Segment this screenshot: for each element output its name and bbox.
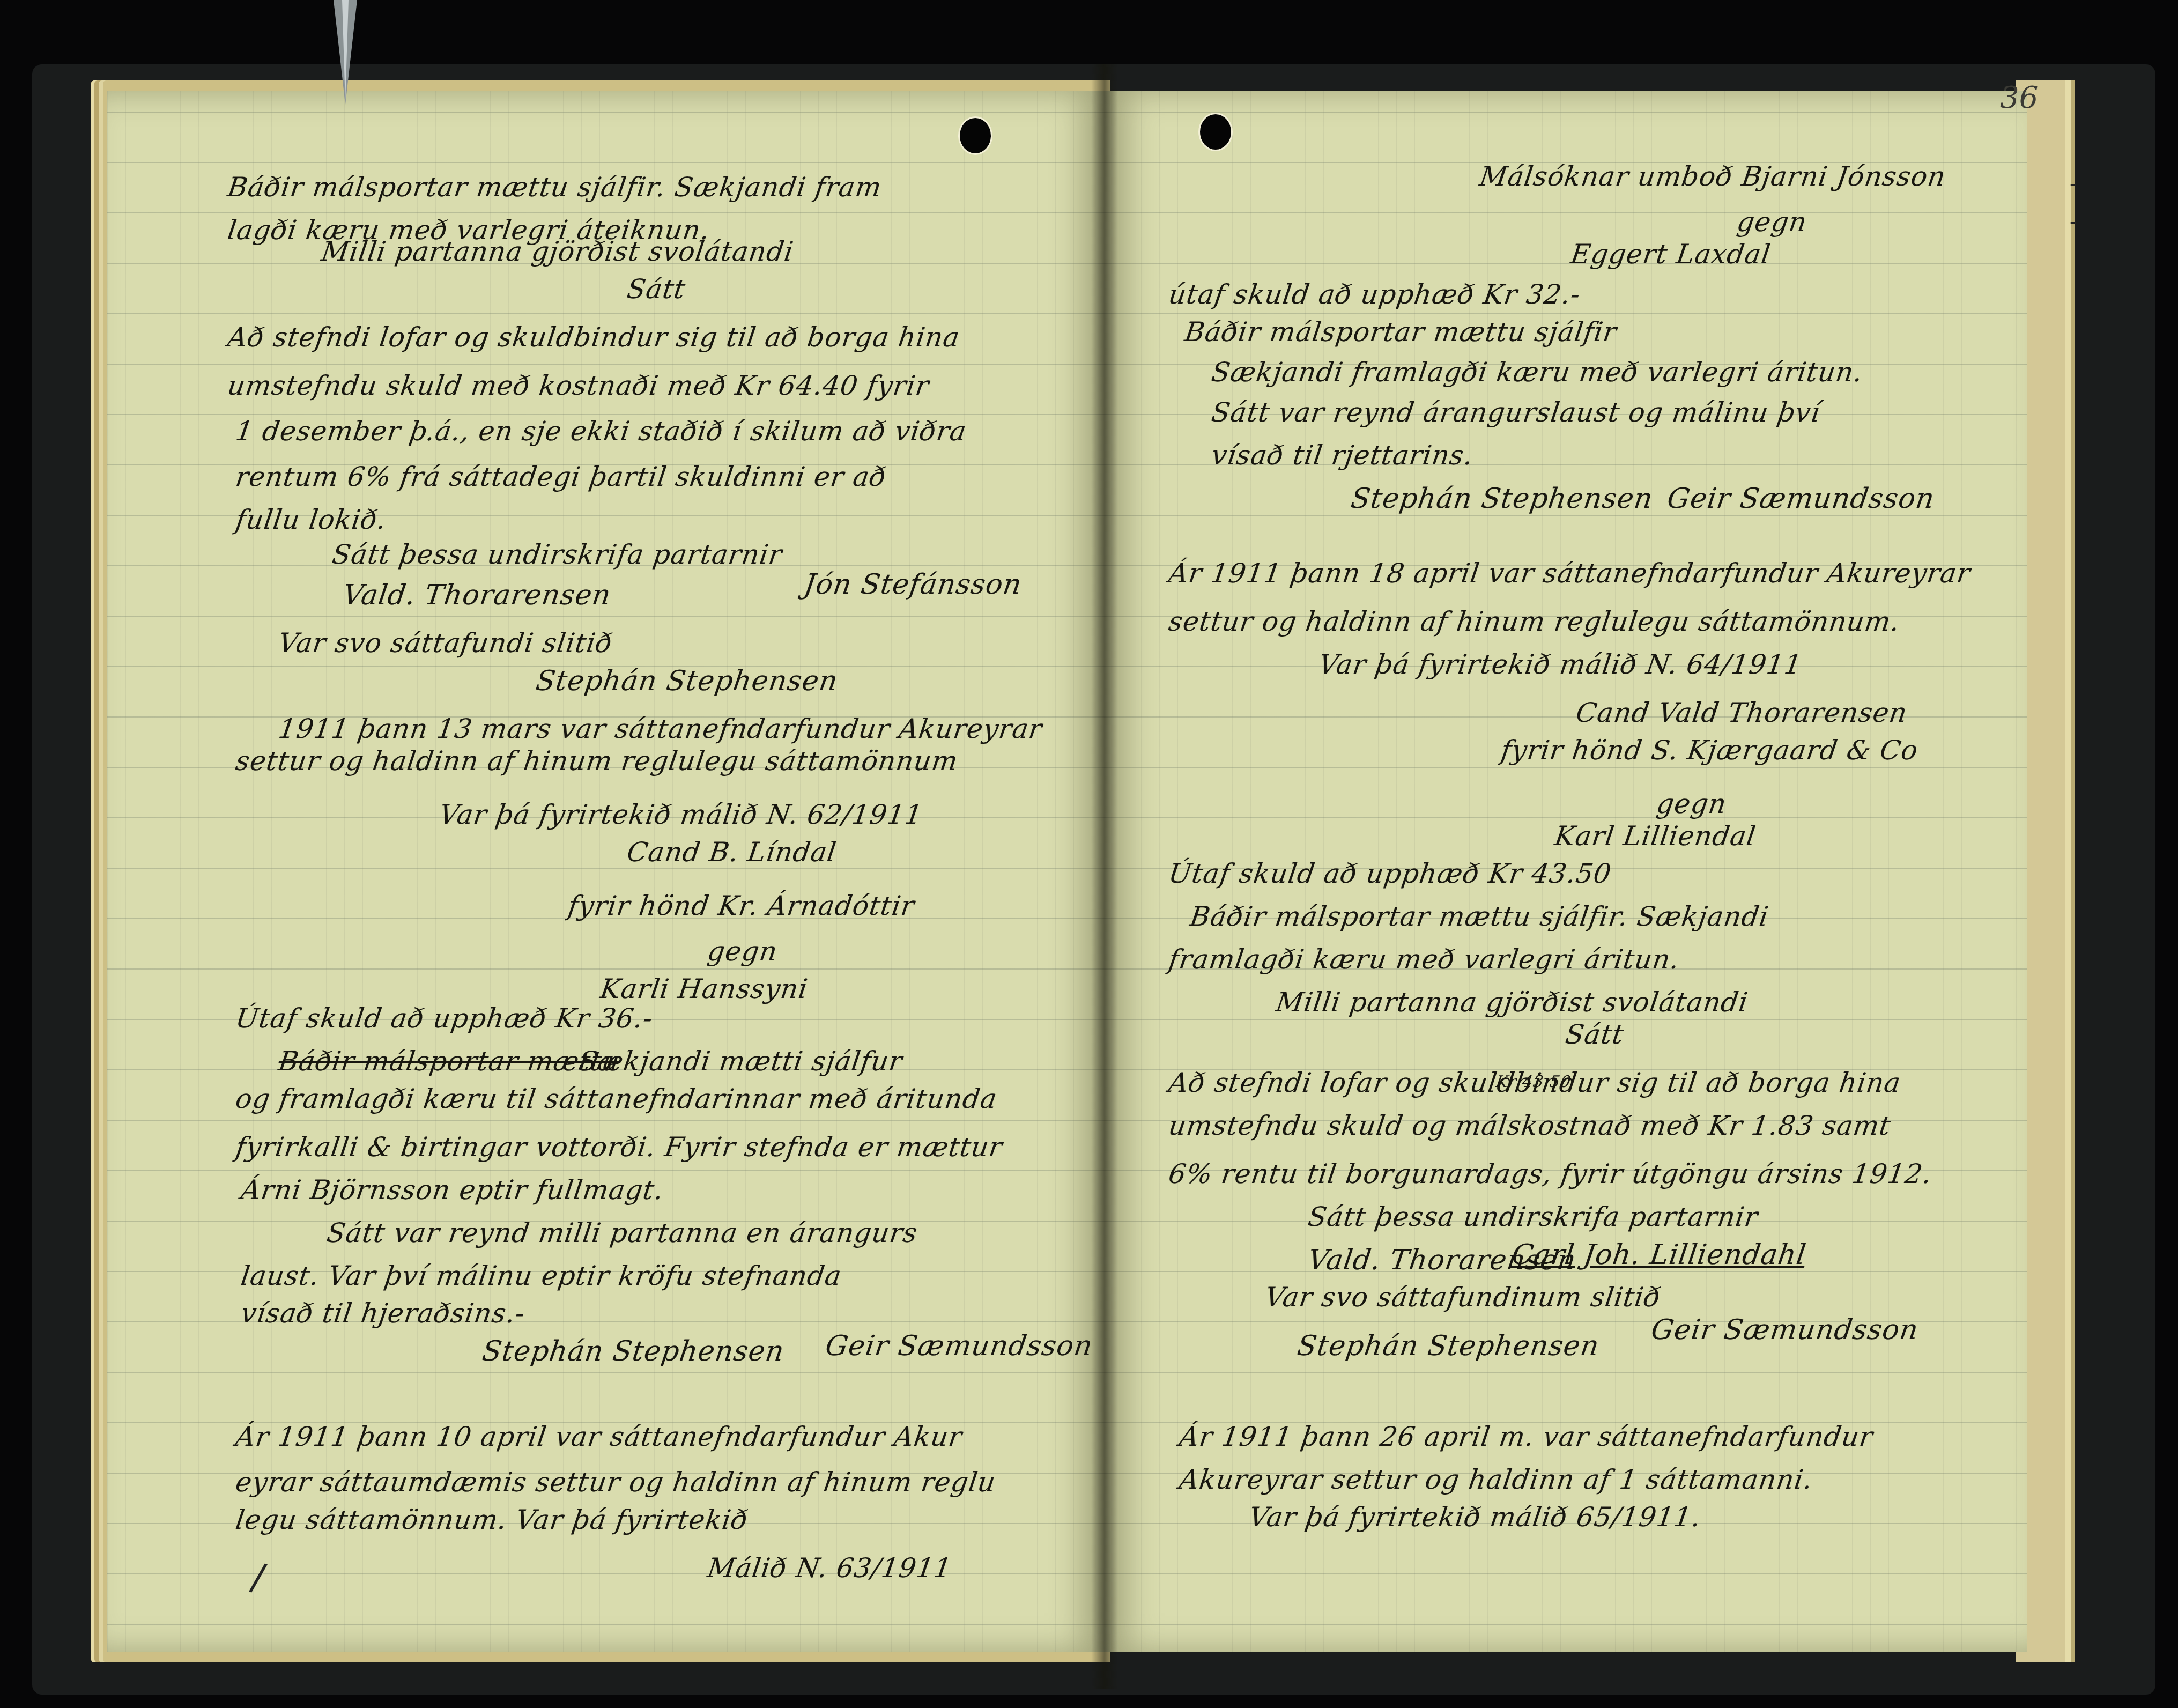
- text-line: Ár 1911 þann 26 april m. var sáttanefnda…: [1177, 1421, 1875, 1452]
- text-line: 1 desember þ.á., en sje ekki staðið í sk…: [234, 416, 969, 447]
- text-line: eyrar sáttaumdæmis settur og haldinn af …: [234, 1467, 998, 1498]
- text-line: Ár 1911 þann 18 april var sáttanefndarfu…: [1167, 558, 1973, 589]
- text-line: Karl Lilliendal: [1553, 820, 1758, 852]
- text-line: fyrirkalli & birtingar vottorði. Fyrir s…: [234, 1132, 1005, 1163]
- text-line: Sátt þessa undirskrifa partarnir: [330, 539, 784, 570]
- text-line: gegn: [1735, 206, 1809, 238]
- text-line: 6% rentu til borgunardags, fyrir útgöngu…: [1167, 1158, 1934, 1189]
- struck-text: Báðir málsportar mættu: [277, 1046, 622, 1077]
- text-line: rentum 6% frá sáttadegi þartil skuldinni…: [234, 461, 888, 492]
- punch-hole-icon: [1200, 114, 1231, 150]
- case-number: Málið N. 63/1911: [706, 1552, 954, 1584]
- text-line: og framlagði kæru til sáttanefndarinnar …: [234, 1083, 999, 1114]
- text-line: útaf skuld að upphæð Kr 32.-: [1167, 279, 1582, 310]
- text-line: Var svo sáttafundinum slitið: [1263, 1282, 1663, 1313]
- text-line: vísað til rjettarins.: [1210, 440, 1475, 471]
- text-line: Sátt var reynd árangurslaust og málinu þ…: [1210, 397, 1823, 428]
- text-line: Að stefndi lofar og skuldbindur sig til …: [226, 322, 962, 353]
- text-line: Árni Björnsson eptir fullmagt.: [239, 1174, 666, 1206]
- text-line: Sátt var reynd milli partanna en árangur…: [325, 1217, 920, 1248]
- text-line: gegn: [706, 936, 780, 967]
- text-line: Báðir málsportar mættu sjálfir: [1183, 316, 1619, 347]
- text-line: settur og haldinn af hinum reglulegu sát…: [1167, 606, 1902, 637]
- signature: Stephán Stephensen: [1295, 1330, 1602, 1362]
- text-line: vísað til hjeraðsins.-: [239, 1298, 527, 1329]
- text-line: Útaf skuld að upphæð Kr 43.50: [1167, 858, 1613, 889]
- signature: Carl Joh. Lilliendahl: [1510, 1239, 1809, 1271]
- signature: Vald. Thorarensen: [341, 579, 613, 611]
- signature: Stephán Stephensen: [1349, 483, 1655, 515]
- signature: Geir Sæmundsson: [824, 1330, 1095, 1362]
- text-line: Akureyrar settur og haldinn af 1 sáttama…: [1177, 1464, 1815, 1495]
- text-line: Málsóknar umboð Bjarni Jónsson: [1478, 161, 1948, 192]
- text-line: Ár 1911 þann 10 april var sáttanefndarfu…: [234, 1421, 964, 1452]
- case-number: Var þá fyrirtekið málið 65/1911.: [1247, 1502, 1703, 1533]
- text-line: legu sáttamönnum. Var þá fyrirtekið: [234, 1504, 750, 1535]
- margin-mark: -: [2070, 172, 2077, 196]
- text-line: Báðir málsportar mættu sjálfir. Sækjandi…: [226, 172, 884, 203]
- signature: Geir Sæmundsson: [1649, 1314, 1921, 1346]
- signature: Stephán Stephensen: [534, 665, 840, 697]
- margin-mark: -: [2070, 209, 2077, 234]
- text-line: fyrir hönd Kr. Árnadóttir: [566, 890, 917, 921]
- page-number: 36: [2000, 80, 2038, 115]
- text-line: gegn: [1655, 788, 1729, 819]
- case-number: Var þá fyrirtekið málið N. 62/1911: [438, 799, 925, 830]
- text-line: Sátt þessa undirskrifa partarnir: [1306, 1201, 1760, 1232]
- signature: Geir Sæmundsson: [1665, 483, 1937, 515]
- signature: Jón Stefánsson: [802, 568, 1024, 601]
- heading-satt: Sátt: [1564, 1019, 1626, 1050]
- signature: Stephán Stephensen: [480, 1335, 787, 1367]
- text-line: laust. Var því málinu eptir kröfu stefna…: [239, 1260, 844, 1291]
- text-line: Cand B. Líndal: [625, 837, 839, 868]
- book-spine-gutter: [1091, 64, 1118, 1689]
- text-line: 1911 þann 13 mars var sáttanefndarfundur…: [277, 713, 1044, 744]
- punch-hole-icon: [960, 118, 991, 153]
- text-line: settur og haldinn af hinum reglulegu sát…: [234, 745, 960, 777]
- interlinear-note: Kr 43.50: [1495, 1073, 1573, 1091]
- text-line: Milli partanna gjörðist svolátandi: [320, 236, 796, 267]
- letter-opener-icon: [334, 0, 357, 105]
- case-number: Var þá fyrirtekið málið N. 64/1911: [1317, 649, 1804, 680]
- text-line: Sækjandi mætti sjálfur: [577, 1046, 905, 1077]
- text-line: Sækjandi framlagði kæru með varlegri ári…: [1210, 357, 1865, 388]
- text-line: umstefndu skuld og málskostnað með Kr 1.…: [1167, 1110, 1893, 1141]
- heading-satt: Sátt: [625, 273, 687, 305]
- text-line: Var svo sáttafundi slitið: [277, 627, 614, 659]
- text-line: umstefndu skuld með kostnaði með Kr 64.4…: [226, 370, 931, 401]
- text-line: Milli partanna gjörðist svolátandi: [1274, 987, 1750, 1018]
- text-line: Útaf skuld að upphæð Kr 36.-: [234, 1003, 655, 1034]
- text-line: fullu lokið.: [234, 504, 388, 535]
- text-line: Cand Vald Thorarensen: [1574, 697, 1909, 728]
- text-line: Eggert Laxdal: [1569, 239, 1773, 270]
- text-line: fyrir hönd S. Kjærgaard & Co: [1499, 735, 1920, 766]
- text-line: Karli Hanssyni: [598, 973, 810, 1004]
- text-line: framlagði kæru með varlegri áritun.: [1167, 944, 1681, 975]
- text-line: Báðir málsportar mættu sjálfir. Sækjandi: [1188, 901, 1771, 932]
